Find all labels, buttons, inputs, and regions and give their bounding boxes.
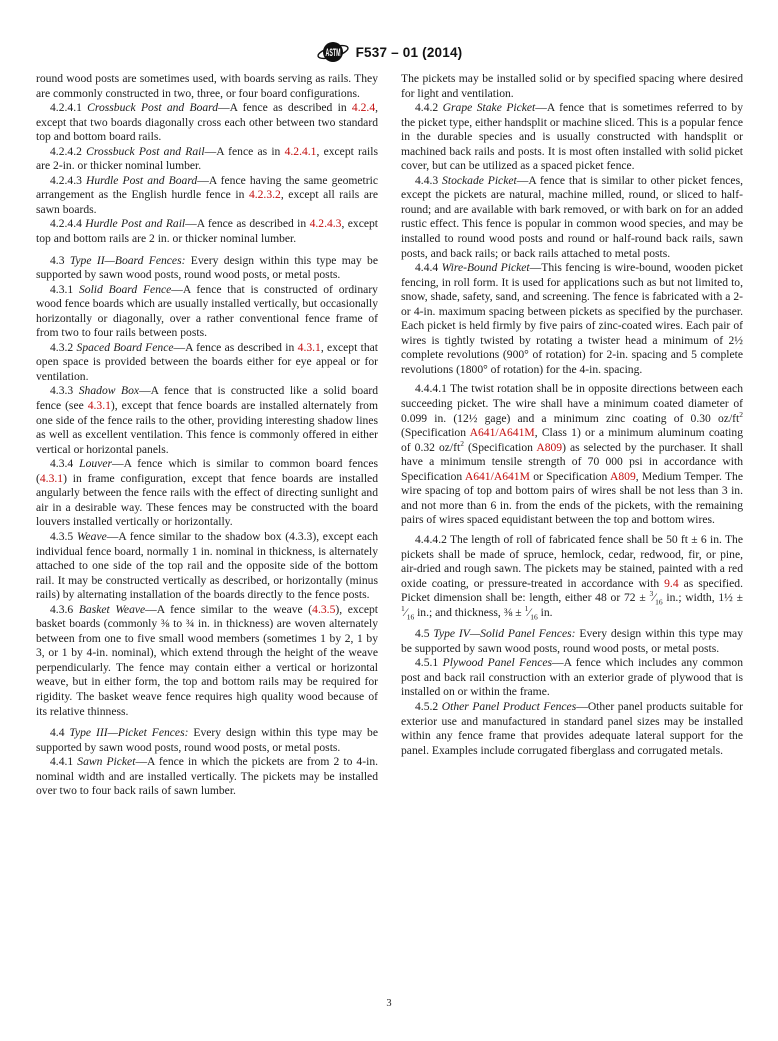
text-segment: —A fence similar to the weave ( <box>145 603 312 616</box>
text-segment: 4.4 <box>50 726 69 739</box>
paragraph-4.3.4: 4.3.4 Louver—A fence which is similar to… <box>36 457 378 530</box>
text-segment: —A fence as described in <box>218 101 352 114</box>
paragraph-4.4.3: 4.4.3 Stockade Picket—A fence that is si… <box>401 174 743 261</box>
text-segment: 2 <box>739 410 743 419</box>
text-segment: 4.2.4.4 <box>50 217 85 230</box>
text-segment: ) in frame configuration, except that fe… <box>36 472 378 529</box>
paragraph-4.3.6: 4.3.6 Basket Weave—A fence similar to th… <box>36 603 378 719</box>
text-segment: 4.5.2 <box>415 700 442 713</box>
section-link[interactable]: 4.3.1 <box>88 399 111 412</box>
text-segment: 4.2.4.3 <box>50 174 86 187</box>
text-segment: Grape Stake Picket <box>443 101 536 114</box>
text-segment: 4.2.4.2 <box>50 145 86 158</box>
text-segment: ), except basket boards (commonly ⅜ to ¾… <box>36 603 378 718</box>
paragraph-cont-4-4-1: The pickets may be installed solid or by… <box>401 72 743 101</box>
section-link[interactable]: 4.2.4.1 <box>285 145 317 158</box>
text-segment: 4.4.4 <box>415 261 442 274</box>
paragraph-4.3.1: 4.3.1 Solid Board Fence—A fence that is … <box>36 283 378 341</box>
text-segment: 4.3.5 <box>50 530 77 543</box>
astm-logo-icon: ASTM <box>316 40 350 64</box>
text-segment: or Specification <box>530 470 610 483</box>
section-link[interactable]: 4.2.3.2 <box>249 188 281 201</box>
paragraph-4.4.1: 4.4.1 Sawn Picket—A fence in which the p… <box>36 755 378 799</box>
section-link[interactable]: A809 <box>610 470 636 483</box>
section-link[interactable]: A641/A641M <box>470 426 535 439</box>
text-segment: —A fence as in <box>205 145 285 158</box>
section-link[interactable]: 4.3.1 <box>298 341 321 354</box>
text-segment: 4.4.1 <box>50 755 77 768</box>
text-segment: Plywood Panel Fences <box>443 656 552 669</box>
page-number: 3 <box>0 998 778 1009</box>
text-segment: 4.3 <box>50 254 70 267</box>
paragraph-4.2.4.4: 4.2.4.4 Hurdle Post and Rail—A fence as … <box>36 217 378 246</box>
text-segment: Hurdle Post and Rail <box>85 217 185 230</box>
text-segment: Crossbuck Post and Rail <box>86 145 205 158</box>
right-column: The pickets may be installed solid or by… <box>401 72 743 799</box>
paragraph-4.2.4.2: 4.2.4.2 Crossbuck Post and Rail—A fence … <box>36 145 378 174</box>
text-segment: —A fence as described in <box>185 217 309 230</box>
text-segment: Basket Weave <box>79 603 145 616</box>
text-segment: Hurdle Post and Board <box>86 174 197 187</box>
text-segment: Solid Board Fence <box>79 283 171 296</box>
paragraph-4.4: 4.4 Type III—Picket Fences: Every design… <box>36 726 378 755</box>
text-segment: 4.2.4.1 <box>50 101 87 114</box>
paragraph-4.5.1: 4.5.1 Plywood Panel Fences—A fence which… <box>401 656 743 700</box>
text-segment: round wood posts are sometimes used, wit… <box>36 72 378 100</box>
text-segment: 4.4.3 <box>415 174 442 187</box>
text-segment: (Specification <box>464 441 536 454</box>
text-segment: 16 <box>530 612 538 621</box>
document-title: F537 – 01 (2014) <box>356 45 463 60</box>
text-segment: Sawn Picket <box>77 755 135 768</box>
document-header: ASTM F537 – 01 (2014) <box>0 40 778 64</box>
text-segment: in. <box>538 606 553 619</box>
text-segment: 4.5 <box>415 627 433 640</box>
section-link[interactable]: A809 <box>536 441 562 454</box>
section-link[interactable]: 4.2.4 <box>352 101 375 114</box>
paragraph-4.4.4.2: 4.4.4.2 The length of roll of fabricated… <box>401 533 743 620</box>
paragraph-cont-4-2-4: round wood posts are sometimes used, wit… <box>36 72 378 101</box>
text-segment: 4.3.6 <box>50 603 79 616</box>
paragraph-4.3: 4.3 Type II—Board Fences: Every design w… <box>36 254 378 283</box>
paragraph-4.3.2: 4.3.2 Spaced Board Fence—A fence as desc… <box>36 341 378 385</box>
text-segment: 4.5.1 <box>415 656 443 669</box>
paragraph-4.4.4.1: 4.4.4.1 The twist rotation shall be in o… <box>401 382 743 527</box>
paragraph-4.4.4: 4.4.4 Wire-Bound Picket—This fencing is … <box>401 261 743 377</box>
section-link[interactable]: 9.4 <box>664 577 679 590</box>
section-link[interactable]: 4.3.1 <box>40 472 63 485</box>
text-segment: (Specification <box>401 426 470 439</box>
text-segment: Weave <box>77 530 107 543</box>
paragraph-4.5.2: 4.5.2 Other Panel Product Fences—Other p… <box>401 700 743 758</box>
text-segment: 4.4.2 <box>415 101 443 114</box>
text-segment: 4.3.4 <box>50 457 79 470</box>
text-segment: in.; and thickness, ⅜ ± <box>414 606 524 619</box>
text-segment: —This fencing is wire-bound, wooden pick… <box>401 261 743 376</box>
text-segment: 4.3.2 <box>50 341 77 354</box>
text-segment: Crossbuck Post and Board <box>87 101 218 114</box>
section-link[interactable]: A641/A641M <box>465 470 530 483</box>
text-segment: —A fence as described in <box>174 341 298 354</box>
text-segment: Stockade Picket <box>442 174 517 187</box>
two-column-body: round wood posts are sometimes used, wit… <box>36 72 743 799</box>
text-segment: 4.3.3 <box>50 384 79 397</box>
text-segment: Other Panel Product Fences <box>442 700 576 713</box>
left-column: round wood posts are sometimes used, wit… <box>36 72 378 799</box>
section-link[interactable]: 4.2.4.3 <box>310 217 342 230</box>
text-segment: Louver <box>79 457 112 470</box>
paragraph-4.5: 4.5 Type IV—Solid Panel Fences: Every de… <box>401 627 743 656</box>
section-link[interactable]: 4.3.5 <box>312 603 335 616</box>
text-segment: in.; width, 1½ ± <box>663 591 743 604</box>
text-segment: Wire-Bound Picket <box>442 261 530 274</box>
text-segment: 4.4.4.1 The twist rotation shall be in o… <box>401 382 743 424</box>
text-segment: Shadow Box <box>79 384 139 397</box>
paragraph-4.4.2: 4.4.2 Grape Stake Picket—A fence that is… <box>401 101 743 174</box>
paragraph-4.3.5: 4.3.5 Weave—A fence similar to the shado… <box>36 530 378 603</box>
text-segment: Type IV—Solid Panel Fences: <box>433 627 575 640</box>
text-segment: 16 <box>655 597 663 606</box>
text-segment: 4.3.1 <box>50 283 79 296</box>
svg-text:ASTM: ASTM <box>325 47 340 59</box>
paragraph-4.3.3: 4.3.3 Shadow Box—A fence that is constru… <box>36 384 378 457</box>
text-segment: Type III—Picket Fences: <box>69 726 188 739</box>
paragraph-4.2.4.1: 4.2.4.1 Crossbuck Post and Board—A fence… <box>36 101 378 145</box>
paragraph-4.2.4.3: 4.2.4.3 Hurdle Post and Board—A fence ha… <box>36 174 378 218</box>
text-segment: Type II—Board Fences: <box>70 254 186 267</box>
text-segment: Spaced Board Fence <box>77 341 174 354</box>
text-segment: The pickets may be installed solid or by… <box>401 72 743 100</box>
